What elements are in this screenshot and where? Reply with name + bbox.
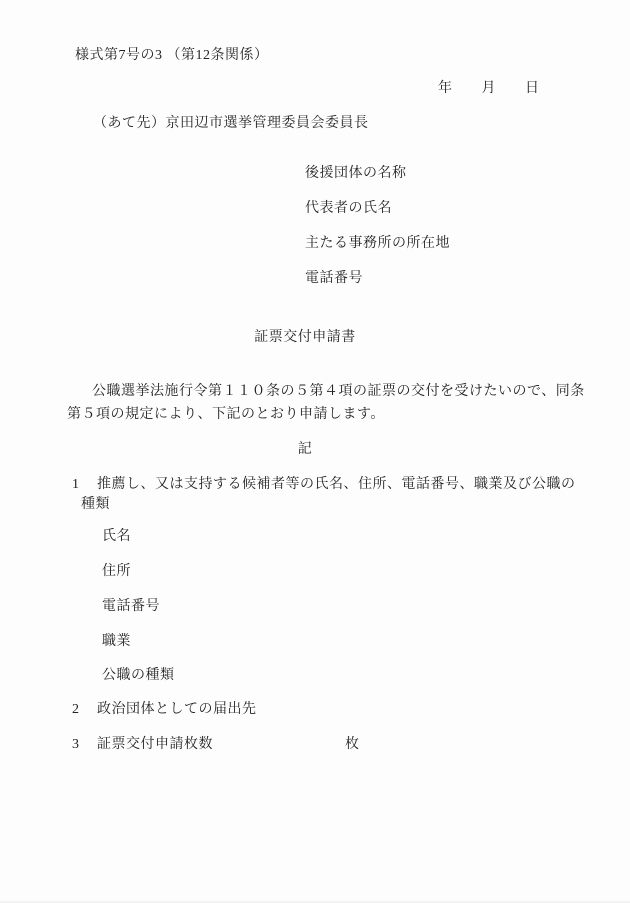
item3-text: 証票交付申請枚数 xyxy=(97,736,213,754)
item1-text-line2: 種類 xyxy=(81,496,110,514)
item1-number: 1 xyxy=(72,476,80,494)
document-page: 様式第7号の3 （第12条関係） 年 月 日 （あて先）京田辺市選挙管理委員会委… xyxy=(0,0,630,903)
document-title: 証票交付申請書 xyxy=(0,329,610,347)
field-label-support-group-name: 後援団体の名称 xyxy=(305,165,407,183)
sub-label-public-office-type: 公職の種類 xyxy=(102,667,175,685)
field-label-main-office-address: 主たる事務所の所在地 xyxy=(305,235,450,253)
field-label-representative-name: 代表者の氏名 xyxy=(305,200,392,218)
sub-label-occupation: 職業 xyxy=(102,633,131,651)
body-paragraph-line-1: 公職選挙法施行令第１１０条の５第４項の証票の交付を受けたいので、同条 xyxy=(92,383,585,401)
date-line: 年 月 日 xyxy=(438,80,540,98)
item3-unit: 枚 xyxy=(345,736,360,754)
sub-label-name: 氏名 xyxy=(102,528,131,546)
field-label-phone-number: 電話番号 xyxy=(305,270,363,288)
item1-text-line1: 推薦し、又は支持する候補者等の氏名、住所、電話番号、職業及び公職の xyxy=(97,476,576,494)
sub-label-address: 住所 xyxy=(102,563,131,581)
item2-text: 政治団体としての届出先 xyxy=(97,701,257,719)
item2-number: 2 xyxy=(72,701,80,719)
sub-label-phone: 電話番号 xyxy=(102,598,160,616)
ki-heading: 記 xyxy=(0,441,610,459)
body-paragraph-line-2: 第５項の規定により、下記のとおり申請します。 xyxy=(67,406,385,424)
form-number: 様式第7号の3 （第12条関係） xyxy=(75,47,269,65)
addressee: （あて先）京田辺市選挙管理委員会委員長 xyxy=(93,115,369,133)
item3-number: 3 xyxy=(72,736,80,754)
